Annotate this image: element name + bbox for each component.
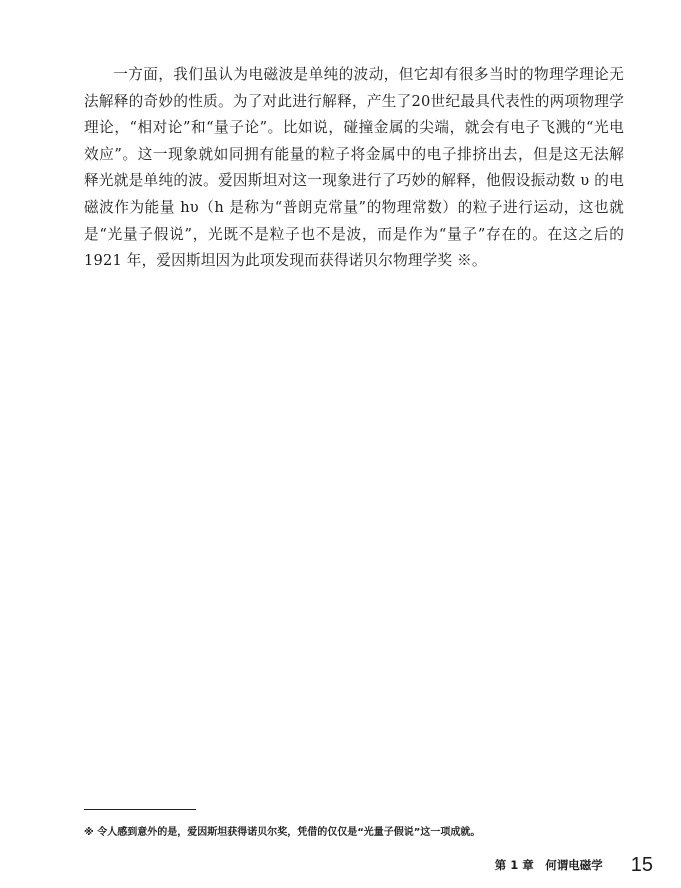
page-number: 15 bbox=[631, 854, 653, 877]
page-footer: 第 1 章 何谓电磁学 15 bbox=[495, 854, 653, 876]
chapter-title: 第 1 章 何谓电磁学 bbox=[495, 857, 603, 873]
footnote-divider bbox=[84, 809, 196, 810]
main-text: 一方面，我们虽认为电磁波是单纯的波动，但它却有很多当时的物理学理论无法解释的奇妙… bbox=[84, 62, 624, 275]
footnote: ※ 令人感到意外的是，爱因斯坦获得诺贝尔奖，凭借的仅仅是“光量子假说”这一项成就… bbox=[84, 823, 644, 838]
body-paragraph: 一方面，我们虽认为电磁波是单纯的波动，但它却有很多当时的物理学理论无法解释的奇妙… bbox=[84, 62, 624, 275]
